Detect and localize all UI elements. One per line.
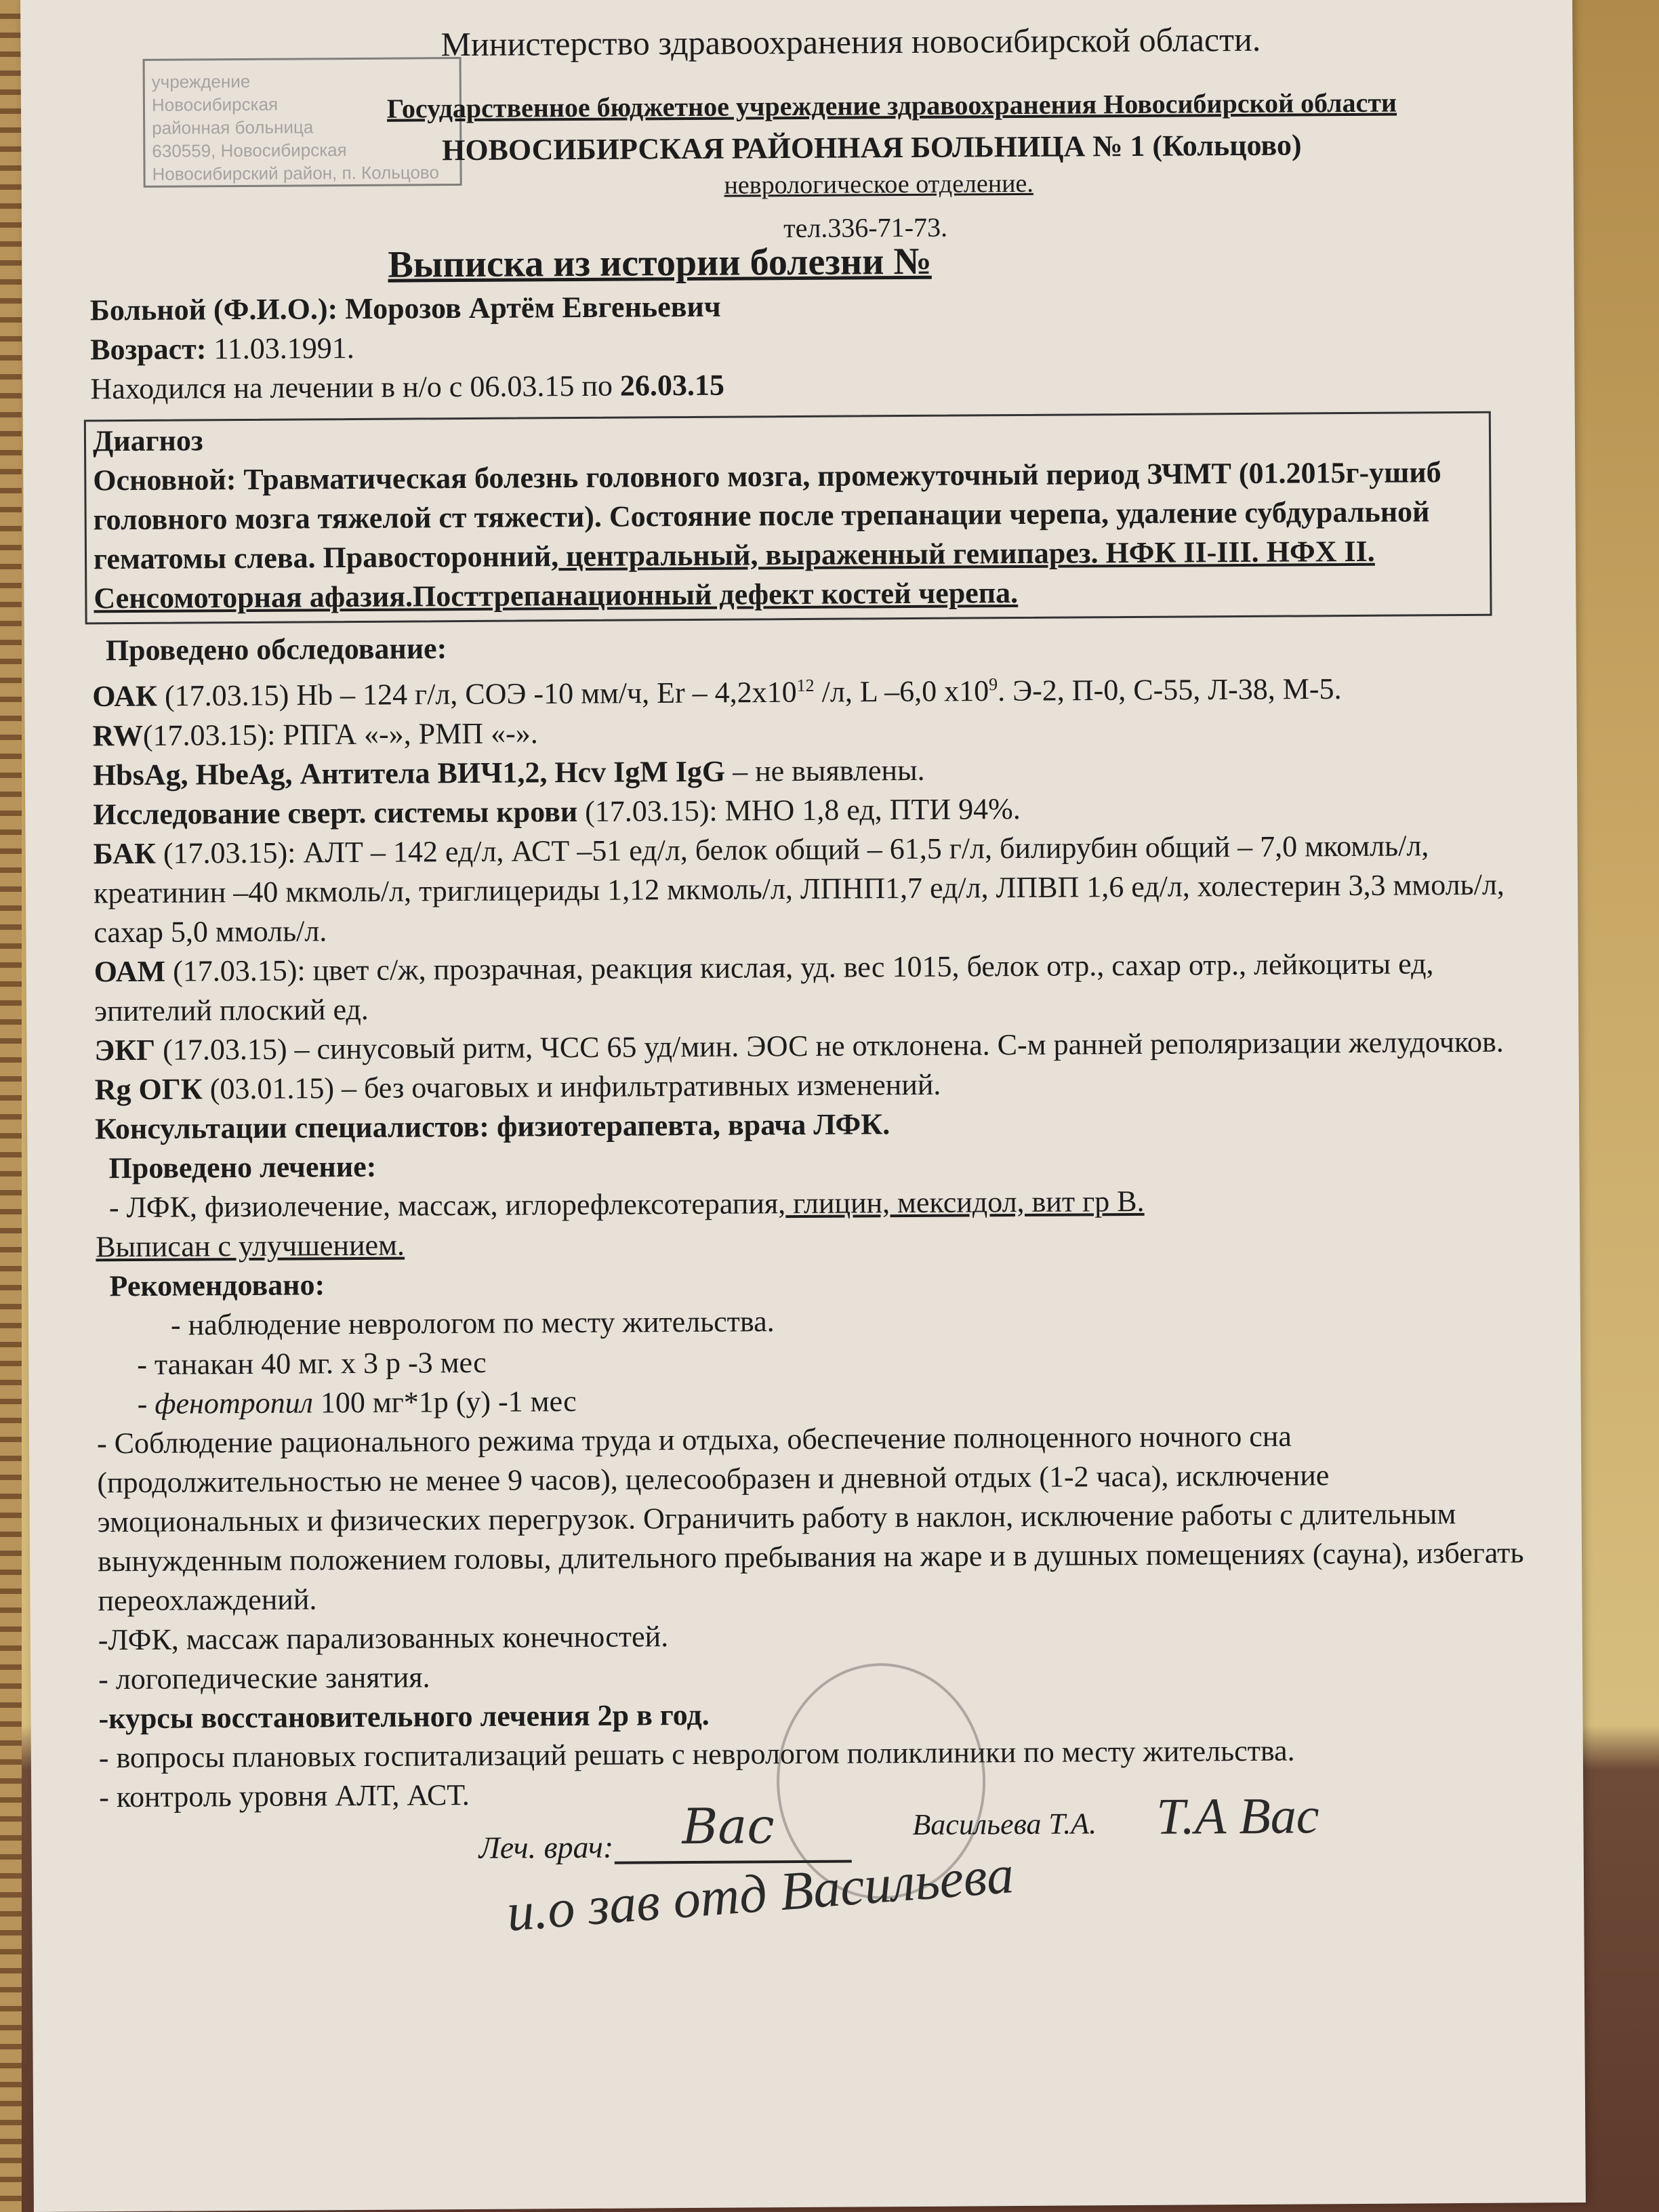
oak-exponent: 9 [989,674,998,694]
oak-text-3: . Э-2, П-0, С-55, Л-38, М-5. [998,672,1342,708]
ecg-text: (17.03.15) – синусовый ритм, ЧСС 65 уд/м… [155,1025,1504,1066]
markers-text: – не выявлены. [725,754,925,788]
treatment-text: - ЛФК, физиолечение, массаж, иглорефлекс… [109,1187,786,1224]
rg-label: Rg ОГК [95,1072,203,1106]
oak-text-2: /л, L –6,0 х10 [815,674,989,709]
oam-text: (17.03.15): цвет с/ж, прозрачная, реакци… [94,947,1434,1027]
oam-row: ОАМ (17.03.15): цвет с/ж, прозрачная, ре… [94,943,1532,1031]
patient-name-label: Больной (Ф.И.О.): [90,292,338,327]
document-title: Выписка из истории болезни № [388,240,932,287]
doctor-name: Васильева Т.А. [912,1804,1097,1845]
recommendation-dose: 100 мг*1р (у) -1 мес [313,1385,577,1419]
ecg-label: ЭКГ [94,1033,155,1067]
doctor-label: Леч. врач: [478,1827,613,1867]
ministry-heading: Министерство здравоохранения новосибирск… [75,18,1626,66]
patient-age-label: Возраст: [90,332,207,366]
stay-period-text: Находился на лечении в н/о с 06.03.15 по [90,369,613,406]
stay-period-row: Находился на лечении в н/о с 06.03.15 по… [90,361,1527,409]
rw-label: RW [92,719,143,752]
signature-block: Леч. врач: Вас Васильева Т.А. Т.А Вас и.… [99,1808,1536,1939]
patient-name: Морозов Артём Евгеньевич [345,290,721,325]
oak-row: ОАК (17.03.15) Hb – 124 г/л, СОЭ -10 мм/… [92,661,1529,716]
markers-label: HbsAg, HbeAg, Антитела ВИЧ1,2, Hcv IgM I… [93,754,725,792]
background-wood-edge [0,0,22,2212]
bak-label: БАК [94,836,157,870]
diagnosis-main-label: Основной: [93,463,236,497]
treatment-text-underlined: глицин, мексидол, вит гр В. [785,1185,1145,1220]
stay-end-date: 26.03.15 [620,369,724,403]
oak-label: ОАК [92,679,157,713]
oak-exponent: 12 [797,676,815,695]
patient-age: 11.03.1991. [213,331,354,365]
diagnosis-main: Основной: Травматическая болезнь головно… [93,453,1483,619]
coag-label: Исследование сверт. системы крови [93,795,577,831]
bak-text: (17.03.15): АЛТ – 142 ед/л, АСТ –51 ед/л… [94,829,1504,949]
document-body: Больной (Ф.И.О.): Морозов Артём Евгеньев… [90,282,1537,1939]
rw-text: (17.03.15): РПГА «-», РМП «-». [143,716,538,752]
doctor-signature: Вас [682,1806,775,1846]
oam-label: ОАМ [94,954,166,988]
rg-text: (03.01.15) – без очаговых и инфильтратив… [203,1067,941,1105]
handwritten-initials: Т.А Вас [1156,1796,1319,1836]
diagnosis-box: Диагноз Основной: Травматическая болезнь… [84,411,1492,625]
oak-text: (17.03.15) Hb – 124 г/л, СОЭ -10 мм/ч, E… [165,676,797,713]
stamp-line: учреждение [152,68,453,94]
recommendation-drug: - фенотропил [138,1386,314,1420]
recommendation-item: - Соблюдение рационального режима труда … [97,1415,1535,1620]
coag-text: (17.03.15): МНО 1,8 ед, ПТИ 94%. [577,792,1021,828]
discharge-document: учреждение Новосибирская районная больни… [20,0,1586,2212]
bak-row: БАК (17.03.15): АЛТ – 142 ед/л, АСТ –51 … [94,825,1531,952]
